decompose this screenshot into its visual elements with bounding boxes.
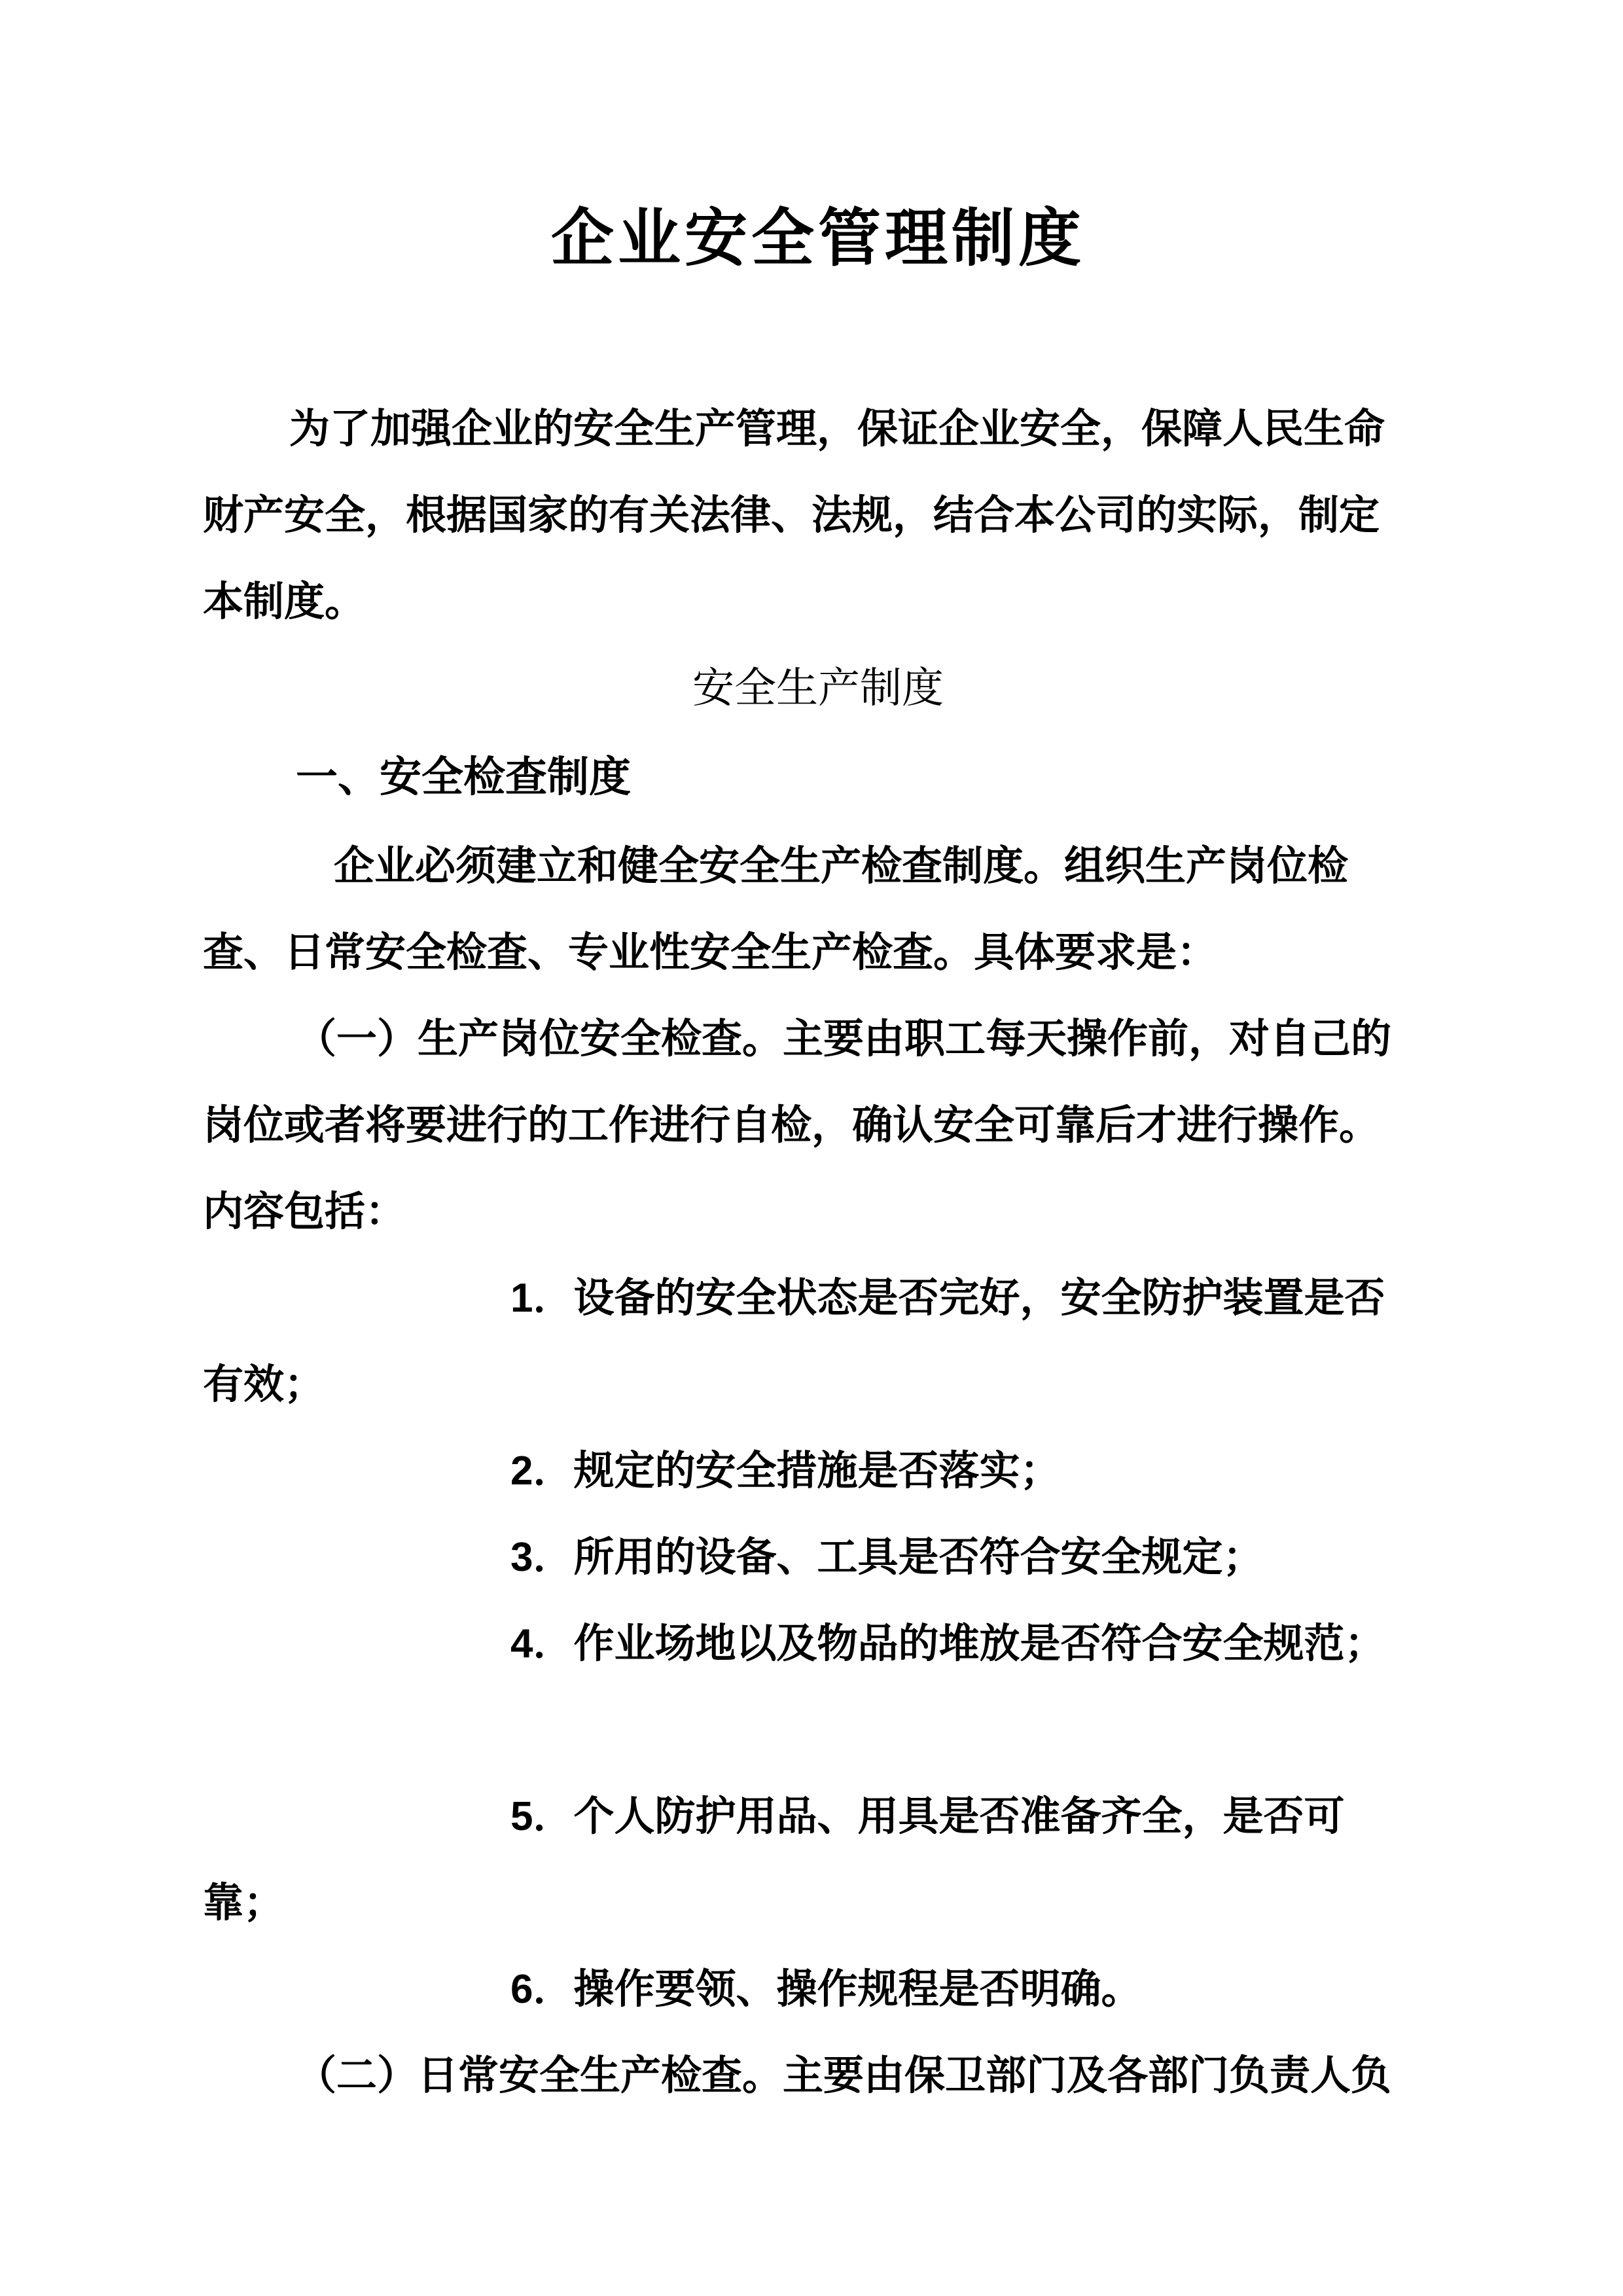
chapter-heading: 一、安全检查制度	[203, 732, 1433, 823]
intro-line-3: 本制度。	[203, 559, 1433, 645]
document-content: 为了加强企业的安全生产管理，保证企业安全，保障人民生命 财产安全，根据国家的有关…	[203, 386, 1433, 2119]
checklist-line-6: 6．操作要领、操作规程是否明确。	[203, 1946, 1433, 2033]
checklist-line-1: 1．设备的安全状态是否完好，安全防护装置是否	[203, 1255, 1433, 1342]
checklist-line-3: 3．所用的设备、工具是否符合安全规定；	[203, 1515, 1433, 1601]
item1-para-line-1: （一）生产岗位安全检查。主要由职工每天操作前，对自己的	[203, 996, 1433, 1083]
item1-para-line-2: 岗位或者将要进行的工作进行自检，确认安全可靠后才进行操作。	[203, 1083, 1433, 1169]
checklist-line-1-cont: 有效；	[203, 1342, 1433, 1428]
document-page: 企业安全管理制度 为了加强企业的安全生产管理，保证企业安全，保障人民生命 财产安…	[0, 0, 1623, 2296]
blank-line	[203, 1687, 1433, 1774]
item1-para-line-3: 内容包括：	[203, 1169, 1433, 1255]
intro-line-2: 财产安全，根据国家的有关法律、法规，结合本公司的实际，制定	[203, 473, 1433, 559]
checklist-line-2: 2．规定的安全措施是否落实；	[203, 1428, 1433, 1515]
checklist-line-4: 4．作业场地以及物品的堆放是否符合安全规范；	[203, 1601, 1433, 1687]
document-title: 企业安全管理制度	[203, 193, 1433, 285]
intro-line-1: 为了加强企业的安全生产管理，保证企业安全，保障人民生命	[203, 386, 1433, 473]
checklist-line-5-cont: 靠；	[203, 1860, 1433, 1946]
overview-line-2: 查、日常安全检查、专业性安全生产检查。具体要求是：	[203, 910, 1433, 996]
checklist-line-5: 5．个人防护用品、用具是否准备齐全，是否可	[203, 1774, 1433, 1860]
item2-para-line-1: （二）日常安全生产检查。主要由保卫部门及各部门负责人负	[203, 2033, 1433, 2119]
section-heading: 安全生产制度	[203, 645, 1433, 732]
overview-line-1: 企业必须建立和健全安全生产检查制度。组织生产岗位检	[203, 823, 1433, 910]
